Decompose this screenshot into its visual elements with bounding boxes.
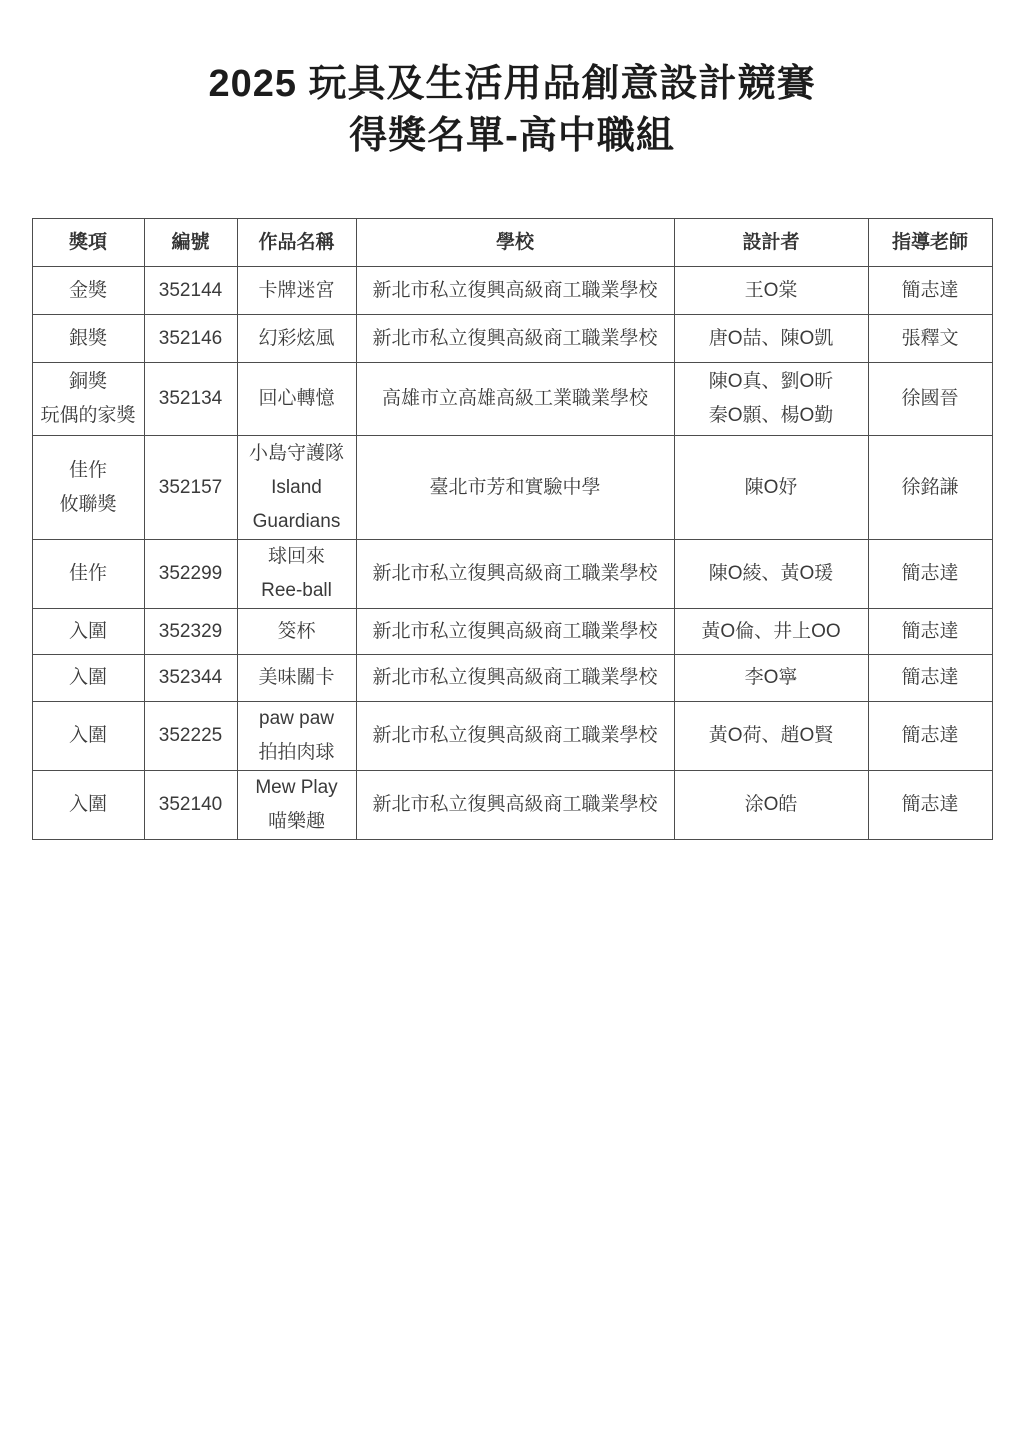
cell-teacher: 張釋文 (868, 315, 992, 363)
cell-designers: 黃O荷、趙O賢 (674, 702, 868, 771)
awards-table-header: 獎項 編號 作品名稱 學校 設計者 指導老師 (32, 219, 992, 267)
column-header-teacher: 指導老師 (868, 219, 992, 267)
awards-table: 獎項 編號 作品名稱 學校 設計者 指導老師 金獎352144卡牌迷宮新北市私立… (32, 218, 993, 840)
cell-work-title: 回心轉憶 (237, 363, 356, 436)
cell-work-title: Mew Play喵樂趣 (237, 771, 356, 840)
cell-school: 新北市私立復興高級商工職業學校 (356, 540, 674, 609)
table-row: 銅獎玩偶的家獎352134回心轉憶高雄市立高雄高級工業職業學校陳O真、劉O昕秦O… (32, 363, 992, 436)
column-header-award: 獎項 (32, 219, 144, 267)
table-row: 銀獎352146幻彩炫風新北市私立復興高級商工職業學校唐O喆、陳O凱張釋文 (32, 315, 992, 363)
document-title-line2: 得獎名單-高中職組 (0, 110, 1024, 162)
cell-entry-id: 352329 (144, 609, 237, 655)
cell-school: 新北市私立復興高級商工職業學校 (356, 267, 674, 315)
table-row: 金獎352144卡牌迷宮新北市私立復興高級商工職業學校王O棠簡志達 (32, 267, 992, 315)
cell-entry-id: 352299 (144, 540, 237, 609)
cell-school: 新北市私立復興高級商工職業學校 (356, 702, 674, 771)
column-header-designers: 設計者 (674, 219, 868, 267)
cell-designers: 李O寧 (674, 655, 868, 702)
cell-designers: 陳O妤 (674, 436, 868, 540)
table-row: 入圍352344美味關卡新北市私立復興高級商工職業學校李O寧簡志達 (32, 655, 992, 702)
cell-designers: 黃O倫、井上OO (674, 609, 868, 655)
cell-award: 佳作 (32, 540, 144, 609)
cell-school: 新北市私立復興高級商工職業學校 (356, 609, 674, 655)
cell-teacher: 簡志達 (868, 655, 992, 702)
cell-teacher: 簡志達 (868, 771, 992, 840)
document-title-line1: 2025 玩具及生活用品創意設計競賽 (0, 58, 1024, 110)
cell-award: 入圍 (32, 771, 144, 840)
cell-teacher: 簡志達 (868, 267, 992, 315)
cell-entry-id: 352225 (144, 702, 237, 771)
document-page: 2025 玩具及生活用品創意設計競賽 得獎名單-高中職組 獎項 編號 作品名稱 … (0, 0, 1024, 1448)
table-row: 佳作352299球回來Ree-ball新北市私立復興高級商工職業學校陳O綾、黃O… (32, 540, 992, 609)
cell-entry-id: 352344 (144, 655, 237, 702)
cell-designers: 涂O皓 (674, 771, 868, 840)
cell-work-title: paw paw拍拍肉球 (237, 702, 356, 771)
cell-designers: 陳O真、劉O昕秦O顥、楊O勤 (674, 363, 868, 436)
column-header-school: 學校 (356, 219, 674, 267)
cell-school: 新北市私立復興高級商工職業學校 (356, 315, 674, 363)
cell-entry-id: 352144 (144, 267, 237, 315)
cell-work-title: 球回來Ree-ball (237, 540, 356, 609)
cell-work-title: 美味關卡 (237, 655, 356, 702)
cell-award: 金獎 (32, 267, 144, 315)
cell-school: 新北市私立復興高級商工職業學校 (356, 655, 674, 702)
cell-work-title: 小島守護隊IslandGuardians (237, 436, 356, 540)
table-row: 入圍352329筊杯新北市私立復興高級商工職業學校黃O倫、井上OO簡志達 (32, 609, 992, 655)
results-table-body: 金獎352144卡牌迷宮新北市私立復興高級商工職業學校王O棠簡志達銀獎35214… (32, 267, 992, 840)
cell-work-title: 幻彩炫風 (237, 315, 356, 363)
table-row: 入圍352140Mew Play喵樂趣新北市私立復興高級商工職業學校涂O皓簡志達 (32, 771, 992, 840)
document-title: 2025 玩具及生活用品創意設計競賽 得獎名單-高中職組 (0, 0, 1024, 162)
cell-school: 高雄市立高雄高級工業職業學校 (356, 363, 674, 436)
cell-award: 佳作攸聯獎 (32, 436, 144, 540)
cell-award: 銅獎玩偶的家獎 (32, 363, 144, 436)
cell-designers: 唐O喆、陳O凱 (674, 315, 868, 363)
cell-teacher: 簡志達 (868, 702, 992, 771)
cell-school: 新北市私立復興高級商工職業學校 (356, 771, 674, 840)
cell-designers: 王O棠 (674, 267, 868, 315)
cell-entry-id: 352146 (144, 315, 237, 363)
cell-entry-id: 352157 (144, 436, 237, 540)
cell-entry-id: 352140 (144, 771, 237, 840)
cell-work-title: 筊杯 (237, 609, 356, 655)
column-header-entry-id: 編號 (144, 219, 237, 267)
cell-designers: 陳O綾、黃O瑗 (674, 540, 868, 609)
table-row: 佳作攸聯獎352157小島守護隊IslandGuardians臺北市芳和實驗中學… (32, 436, 992, 540)
header-row: 獎項 編號 作品名稱 學校 設計者 指導老師 (32, 219, 992, 267)
cell-award: 銀獎 (32, 315, 144, 363)
table-row: 入圍352225paw paw拍拍肉球新北市私立復興高級商工職業學校黃O荷、趙O… (32, 702, 992, 771)
cell-teacher: 徐國晉 (868, 363, 992, 436)
cell-entry-id: 352134 (144, 363, 237, 436)
cell-award: 入圍 (32, 702, 144, 771)
cell-teacher: 簡志達 (868, 540, 992, 609)
cell-school: 臺北市芳和實驗中學 (356, 436, 674, 540)
column-header-work-title: 作品名稱 (237, 219, 356, 267)
cell-teacher: 徐銘謙 (868, 436, 992, 540)
cell-award: 入圍 (32, 609, 144, 655)
cell-award: 入圍 (32, 655, 144, 702)
cell-teacher: 簡志達 (868, 609, 992, 655)
cell-work-title: 卡牌迷宮 (237, 267, 356, 315)
